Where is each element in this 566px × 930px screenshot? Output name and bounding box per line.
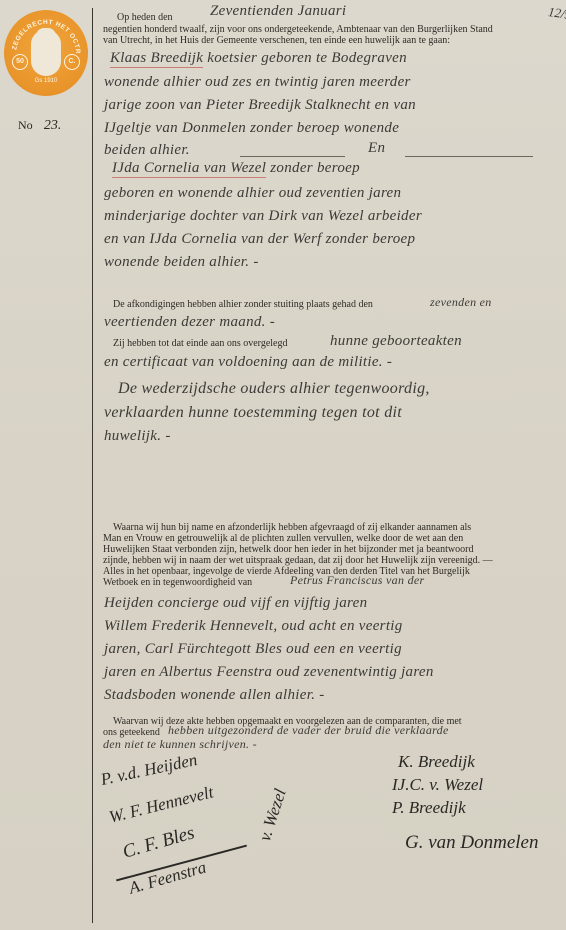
- documents-hand-1: hunne geboorteakten: [330, 333, 462, 350]
- bride-line-1: IJda Cornelia van Wezel zonder beroep: [112, 160, 360, 177]
- fill-line: [240, 156, 345, 157]
- record-number: No 23.: [18, 117, 61, 134]
- signature-witness-1: P. v.d. Heijden: [99, 750, 199, 790]
- marriage-date: Zeventienden Januari: [210, 3, 346, 20]
- witness-line-4: jaren, Carl Fürchtegott Bles oud een en …: [104, 641, 402, 658]
- signature-bride-father: v. Wezel: [255, 786, 291, 843]
- proclamation-dates-2: veertienden dezer maand. -: [104, 314, 275, 331]
- bride-line-2: geboren en wonende alhier oud zeventien …: [104, 185, 401, 202]
- record-number-value: 23.: [44, 118, 62, 133]
- closing-hand-2: den niet te kunnen schrijven. -: [103, 737, 257, 752]
- signature-witness-3: C. F. Bles: [120, 822, 197, 863]
- groom-occupation: koetsier geboren te Bodegraven: [207, 50, 407, 66]
- witness-line-5: jaren en Albertus Feenstra oud zevenentw…: [104, 664, 434, 681]
- fill-line: [405, 156, 533, 157]
- bride-name: IJda Cornelia van Wezel: [112, 160, 266, 178]
- corner-annotation: 12/91: [547, 4, 566, 24]
- bride-line-5: wonende beiden alhier. -: [104, 254, 259, 271]
- ceremony-line-4: zijnde, hebben wij in naam der wet uitsp…: [103, 555, 493, 566]
- certificate-page: ZEGELRECHT HET OCTROOIEN 50 C. Gs 1910 N…: [0, 0, 566, 930]
- ceremony-line-6: Wetboek en in tegenwoordigheid van: [103, 577, 252, 588]
- opening-print-2: negentien honderd twaalf, zijn voor ons …: [103, 24, 493, 35]
- stamp-value: 50: [12, 54, 28, 70]
- stamp-currency: C.: [64, 54, 80, 70]
- consent-line-2: verklaarden hunne toestemming tegen tot …: [104, 404, 402, 422]
- documents-print: Zij hebben tot dat einde aan ons overgel…: [113, 338, 287, 349]
- groom-line-3: jarige zoon van Pieter Breedijk Stalknec…: [104, 97, 416, 114]
- bride-occupation: zonder beroep: [270, 160, 360, 176]
- signature-witness-2: W. F. Hennevelt: [107, 782, 215, 827]
- witness-line-3: Willem Frederik Hennevelt, oud acht en v…: [104, 618, 403, 635]
- shield-icon: [31, 30, 61, 76]
- stamp-year: Gs 1910: [4, 78, 88, 84]
- signature-groom: K. Breedijk: [398, 752, 475, 772]
- revenue-stamp: ZEGELRECHT HET OCTROOIEN 50 C. Gs 1910: [4, 10, 88, 96]
- groom-line-1: Klaas Breedijk koetsier geboren te Bodeg…: [110, 50, 407, 67]
- ceremony-line-1: Waarna wij hun bij name en afzonderlijk …: [113, 522, 471, 533]
- witness-line-1: Petrus Franciscus van der: [290, 573, 424, 588]
- bride-line-3: minderjarige dochter van Dirk van Wezel …: [104, 208, 422, 225]
- opening-print-3: van Utrecht, in het Huis der Gemeente ve…: [103, 35, 450, 46]
- groom-line-4: IJgeltje van Donmelen zonder beroep wone…: [104, 120, 399, 137]
- opening-print-1: Op heden den: [117, 12, 173, 23]
- groom-name: Klaas Breedijk: [110, 50, 203, 68]
- witness-line-2: Heijden concierge oud vijf en vijftig ja…: [104, 595, 367, 612]
- closing-hand-1: hebben uitgezonderd de vader der bruid d…: [168, 723, 449, 738]
- conjunction: En: [368, 140, 385, 157]
- consent-line-1: De wederzijdsche ouders alhier tegenwoor…: [118, 380, 430, 398]
- signature-witness-4: A. Feenstra: [127, 857, 209, 898]
- margin-rule: [92, 8, 93, 923]
- witness-line-6: Stadsboden wonende allen alhier. -: [104, 687, 325, 704]
- proclamation-dates-1: zevenden en: [430, 295, 492, 310]
- ceremony-line-3: Huwelijken Staat verbonden zijn, hetwelk…: [103, 544, 473, 555]
- bride-line-4: en van IJda Cornelia van der Werf zonder…: [104, 231, 415, 248]
- documents-hand-2: en certificaat van voldoening aan de mil…: [104, 354, 392, 371]
- signature-bride: IJ.C. v. Wezel: [392, 775, 483, 795]
- groom-line-2: wonende alhier oud zes en twintig jaren …: [104, 74, 411, 91]
- proclamations-print: De afkondigingen hebben alhier zonder st…: [113, 299, 373, 310]
- ceremony-line-2: Man en Vrouw en getrouwelijk al de plich…: [103, 533, 463, 544]
- groom-line-5: beiden alhier.: [104, 142, 190, 159]
- record-number-label: No: [18, 118, 33, 132]
- signature-groom-mother: G. van Donmelen: [405, 832, 539, 854]
- signature-groom-father: P. Breedijk: [392, 798, 466, 818]
- consent-line-3: huwelijk. -: [104, 428, 171, 445]
